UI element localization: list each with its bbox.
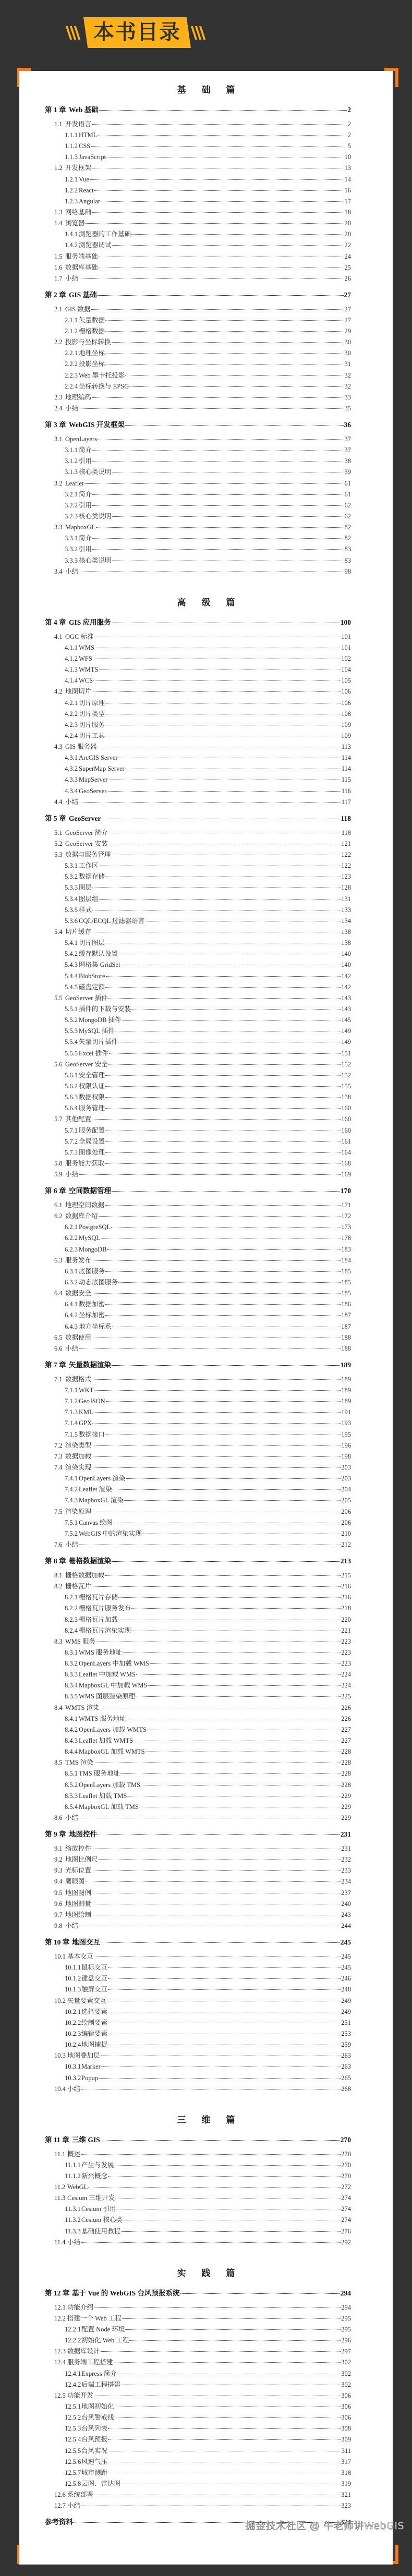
toc-subsection-link[interactable]: 3.1.3核心类说明39	[19, 467, 393, 478]
toc-section-link[interactable]: 10.1基本交互245	[19, 1951, 393, 1962]
toc-subsection-link[interactable]: 2.2.1地理坐标30	[19, 348, 393, 359]
page-number: 306	[341, 2401, 351, 2412]
toc-subsection-link[interactable]: 10.3.2Popup265	[19, 2073, 393, 2084]
chapter-number: 第 3 章	[45, 418, 69, 432]
toc-subsection-link[interactable]: 5.3.2数据存储123	[19, 871, 393, 882]
toc-subsection-link[interactable]: 3.2.2引用62	[19, 500, 393, 511]
chapter-number: 第 8 章	[45, 1554, 69, 1568]
toc-section-link[interactable]: 1.2开发框架13	[19, 163, 393, 174]
chapter-title: 基于 Vue 的 WebGIS 台风预报系统	[72, 2287, 180, 2300]
toc-section-link[interactable]: 5.6GeoServer 安全152	[19, 1059, 393, 1070]
toc-subsection-link[interactable]: 5.3.6CQL/ECQL 过滤器语言134	[19, 916, 393, 927]
toc-section-link[interactable]: 1.7小结26	[19, 273, 393, 284]
toc-subsection-link[interactable]: 4.3.3MapServer115	[19, 774, 393, 785]
toc-section-link[interactable]: 8.6小结229	[19, 1813, 393, 1824]
section-title: GeoServer 安装	[65, 839, 108, 849]
toc-section-link[interactable]: 7.2渲染类型196	[19, 1440, 393, 1451]
chapter-title: 空间数据管理	[69, 1184, 111, 1198]
subsection-title: 台风列表	[81, 2423, 107, 2434]
page-number: 108	[341, 709, 351, 720]
toc-subsection-link[interactable]: 5.5.4矢量切片插件149	[19, 1037, 393, 1048]
toc-subsection-link[interactable]: 8.3.5WMS 图层渲染原理225	[19, 1691, 393, 1702]
toc-subsection-link[interactable]: 4.1.1WMS101	[19, 642, 393, 653]
section-number: 8.5	[54, 1757, 65, 1768]
toc-subsection-link[interactable]: 7.1.1WKT189	[19, 1385, 393, 1396]
subsection-number: 12.5.7	[65, 2468, 81, 2478]
subsection-title: 键盘交互	[81, 1973, 107, 1984]
section-number: 9.7	[54, 1910, 65, 1921]
toc-section-link[interactable]: 12.3数据库设计297	[19, 2346, 393, 2357]
toc-section-link[interactable]: 5.7其他配置160	[19, 1114, 393, 1125]
toc-subsection-link[interactable]: 6.3.1底图服务185	[19, 1266, 393, 1277]
toc-subsection-link[interactable]: 8.3.3Leaflet 中加载 WMS224	[19, 1669, 393, 1680]
toc-chapter-link[interactable]: 第 1 章Web 基础2	[19, 103, 393, 117]
toc-section-link[interactable]: 8.1栅格数据加载215	[19, 1570, 393, 1581]
toc-subsection-link[interactable]: 12.2.2初始化 Web 工程296	[19, 2335, 393, 2346]
toc-subsection-link[interactable]: 10.1.1鼠标交互245	[19, 1962, 393, 1973]
toc-subsection-link[interactable]: 6.4.1数据加密186	[19, 1299, 393, 1310]
dot-leader	[92, 1379, 341, 1380]
page-number: 198	[341, 1451, 351, 1462]
toc-subsection-link[interactable]: 6.4.3地方坐标系187	[19, 1321, 393, 1332]
toc-subsection-link[interactable]: 5.4.4BlobStore142	[19, 971, 393, 982]
toc-subsection-link[interactable]: 8.4.2OpenLayers 加载 WMTS227	[19, 1724, 393, 1735]
toc-subsection-link[interactable]: 5.4.2缓存默认设置140	[19, 949, 393, 959]
toc-section-link[interactable]: 5.2GeoServer 安装121	[19, 839, 393, 849]
subsection-number: 8.3.1	[65, 1647, 79, 1658]
page-number: 17	[345, 196, 352, 207]
toc-subsection-link[interactable]: 5.6.2权限认证155	[19, 1081, 393, 1092]
page-number: 173	[341, 1222, 351, 1233]
toc-chapter-link[interactable]: 第 5 章GeoServer118	[19, 812, 393, 825]
toc-subsection-link[interactable]: 7.4.3MapboxGL 渲染205	[19, 1495, 393, 1506]
toc-section-link[interactable]: 6.2数据库介绍172	[19, 1211, 393, 1222]
dot-leader	[99, 2078, 341, 2079]
toc-subsection-link[interactable]: 12.5.6风速气压317	[19, 2457, 393, 2468]
toc-subsection-link[interactable]: 8.3.1WMS 服务地址223	[19, 1647, 393, 1658]
toc-section-link[interactable]: 10.2矢量要素交互249	[19, 1996, 393, 2007]
toc-section-link[interactable]: 7.5渲染原理206	[19, 1506, 393, 1517]
toc-subsection-link[interactable]: 7.4.1OpenLayers 渲染203	[19, 1473, 393, 1484]
toc-section-link[interactable]: 6.6小结188	[19, 1343, 393, 1354]
dot-leader	[105, 1435, 341, 1435]
page-number: 223	[341, 1636, 351, 1647]
toc-subsection-link[interactable]: 11.3.3基础使用教程276	[19, 2226, 393, 2237]
page-number: 101	[341, 631, 351, 642]
toc-section-link[interactable]: 7.6小结212	[19, 1539, 393, 1550]
toc-section-link[interactable]: 11.4小结292	[19, 2237, 393, 2248]
toc-chapter-link[interactable]: 第 2 章GIS 基础27	[19, 288, 393, 302]
toc-subsection-link[interactable]: 1.4.1浏览器的工作基础20	[19, 229, 393, 240]
toc-section-link[interactable]: 1.6数据库基础25	[19, 262, 393, 273]
toc-subsection-link[interactable]: 7.5.2WebGIS 中的渲染实现210	[19, 1528, 393, 1539]
toc-subsection-link[interactable]: 5.6.1安全管理152	[19, 1070, 393, 1081]
toc-subsection-link[interactable]: 7.5.1Canvas 绘图206	[19, 1517, 393, 1528]
toc-subsection-link[interactable]: 5.7.1服务配置160	[19, 1125, 393, 1136]
toc-subsection-link[interactable]: 10.1.2键盘交互246	[19, 1973, 393, 1984]
toc-section-link[interactable]: 12.4服务端工程搭建302	[19, 2357, 393, 2368]
toc-subsection-link[interactable]: 7.1.3KML191	[19, 1407, 393, 1418]
page-number: 185	[341, 1266, 351, 1277]
toc-section-link[interactable]: 6.3服务发布184	[19, 1255, 393, 1266]
part-title: 实 践 篇	[19, 2266, 393, 2281]
toc-section-link[interactable]: 6.5数据使用188	[19, 1332, 393, 1343]
toc-subsection-link[interactable]: 1.2.3Angular17	[19, 196, 393, 207]
page-number: 184	[341, 1255, 351, 1266]
toc-chapter-link[interactable]: 第 11 章三维 GIS270	[19, 2133, 393, 2147]
toc-subsection-link[interactable]: 5.7.2全局设置161	[19, 1136, 393, 1147]
toc-subsection-link[interactable]: 8.2.2栅格瓦片服务发布218	[19, 1603, 393, 1614]
subsection-number: 3.3.1	[65, 533, 79, 544]
page-number: 220	[341, 1614, 351, 1625]
page-number: 227	[341, 1724, 351, 1735]
toc-subsection-link[interactable]: 10.2.4地图捕捉259	[19, 2039, 393, 2050]
toc-section-link[interactable]: 5.5GeoServer 插件143	[19, 993, 393, 1004]
toc-section-link[interactable]: 8.2栅格瓦片216	[19, 1581, 393, 1592]
toc-subsection-link[interactable]: 4.1.4WCS105	[19, 675, 393, 686]
page-number: 62	[345, 511, 352, 522]
subsection-number: 8.2.4	[65, 1625, 79, 1636]
toc-subsection-link[interactable]: 5.6.3数据权限158	[19, 1092, 393, 1103]
subsection-title: MongoDB 插件	[79, 1015, 122, 1026]
toc-subsection-link[interactable]: 4.3.2SuperMap Server114	[19, 763, 393, 774]
dot-leader	[92, 450, 344, 451]
dot-leader	[105, 1575, 341, 1576]
toc-subsection-link[interactable]: 5.5.5Excel 插件151	[19, 1048, 393, 1059]
subsection-title: 栅格瓦片渲染实现	[79, 1625, 131, 1636]
page-number: 243	[341, 1910, 351, 1921]
page-number: 189	[341, 1396, 351, 1407]
subsection-title: 矢量切片插件	[79, 1037, 118, 1048]
toc-subsection-link[interactable]: 12.5.8云图、雷达图319	[19, 2478, 393, 2489]
toc-section-link[interactable]: 9.4鹰眼图234	[19, 1876, 393, 1887]
toc-chapter-link[interactable]: 第 10 章地图交互245	[19, 1936, 393, 1949]
toc-section-link[interactable]: 9.2地图比例尺232	[19, 1854, 393, 1865]
toc-subsection-link[interactable]: 11.3.2Cesium 核心类274	[19, 2215, 393, 2226]
toc-section-link[interactable]: 2.2投影与坐标转换30	[19, 337, 393, 348]
toc-subsection-link[interactable]: 8.5.2OpenLayers 加载 TMS228	[19, 1780, 393, 1791]
dot-leader	[145, 921, 341, 921]
toc-subsection-link[interactable]: 2.2.2投影坐标31	[19, 359, 393, 370]
toc-subsection-link[interactable]: 8.2.1栅格瓦片存储216	[19, 1592, 393, 1603]
page-number: 276	[341, 2226, 351, 2237]
page-number: 18	[345, 207, 352, 218]
toc-section-link[interactable]: 5.1GeoServer 简介118	[19, 828, 393, 839]
toc-subsection-link[interactable]: 8.3.2OpenLayers 中加载 WMS223	[19, 1658, 393, 1669]
toc-subsection-link[interactable]: 1.4.2浏览器调试22	[19, 240, 393, 251]
toc-subsection-link[interactable]: 12.5.1地图初始化306	[19, 2401, 393, 2412]
page-number: 248	[341, 1984, 351, 1995]
toc-section-link[interactable]: 12.2搭建一个 Web 工程295	[19, 2313, 393, 2324]
toc-subsection-link[interactable]: 5.7.3图像处理164	[19, 1147, 393, 1158]
dot-leader	[139, 1807, 341, 1807]
toc-subsection-link[interactable]: 5.3.5样式133	[19, 905, 393, 916]
toc-subsection-link[interactable]: 8.5.1TMS 服务地址228	[19, 1768, 393, 1779]
page-number: 109	[341, 720, 351, 731]
toc-section-link[interactable]: 8.5TMS 渲染228	[19, 1757, 393, 1768]
toc-subsection-link[interactable]: 6.3.2动态底图服务185	[19, 1277, 393, 1288]
toc-section-link[interactable]: 11.3Cesium 三维开发274	[19, 2193, 393, 2204]
toc-section-link[interactable]: 9.8小结244	[19, 1921, 393, 1931]
section-title: 数据安全	[65, 1288, 91, 1299]
section-title: 服务发布	[65, 1255, 91, 1266]
toc-subsection-link[interactable]: 7.4.2Leaflet 渲染204	[19, 1484, 393, 1495]
toc-section-link[interactable]: 4.3GIS 服务器113	[19, 742, 393, 752]
toc-subsection-link[interactable]: 4.1.3WMTS104	[19, 664, 393, 675]
toc-subsection-link[interactable]: 10.2.3编辑要素253	[19, 2028, 393, 2039]
toc-subsection-link[interactable]: 4.2.1切片原理106	[19, 698, 393, 709]
page-number: 131	[341, 894, 351, 905]
toc-subsection-link[interactable]: 6.2.2MySQL178	[19, 1233, 393, 1244]
toc-subsection-link[interactable]: 5.3.3图层128	[19, 882, 393, 893]
toc-section-link[interactable]: 8.3WMS 服务223	[19, 1636, 393, 1647]
toc-subsection-link[interactable]: 2.2.3Web 墨卡托投影32	[19, 370, 393, 381]
toc-subsection-link[interactable]: 6.2.1PostgreSQL173	[19, 1222, 393, 1233]
page-number: 311	[342, 2446, 351, 2457]
subsection-title: GeoServer	[79, 786, 106, 797]
toc-section-link[interactable]: 9.5地图图例237	[19, 1888, 393, 1899]
toc-subsection-link[interactable]: 5.4.1切片图层138	[19, 938, 393, 949]
toc-subsection-link[interactable]: 2.1.2栅格数据29	[19, 326, 393, 337]
subsection-title: JavaScript	[79, 152, 106, 163]
toc-subsection-link[interactable]: 5.5.3MySQL 插件149	[19, 1026, 393, 1037]
toc-subsection-link[interactable]: 4.2.3切片服务109	[19, 720, 393, 731]
toc-subsection-link[interactable]: 1.1.3JavaScript10	[19, 152, 393, 163]
toc-subsection-link[interactable]: 4.1.2WFS102	[19, 653, 393, 664]
page-number: 143	[341, 1004, 351, 1015]
subsection-number: 10.2.2	[65, 2018, 81, 2028]
toc-section-link[interactable]: 6.4数据安全185	[19, 1288, 393, 1299]
dot-leader	[118, 954, 341, 954]
toc-subsection-link[interactable]: 5.4.5磁盘定额142	[19, 982, 393, 993]
dot-leader	[92, 888, 341, 888]
toc-subsection-link[interactable]: 3.3.2引用83	[19, 544, 393, 555]
section-number: 6.5	[54, 1332, 65, 1343]
toc-subsection-link[interactable]: 3.3.3核心类说明83	[19, 555, 393, 566]
toc-subsection-link[interactable]: 1.1.1HTML2	[19, 130, 393, 141]
toc-section-link[interactable]: 12.1功能介绍294	[19, 2302, 393, 2313]
toc-subsection-link[interactable]: 3.1.2引用38	[19, 456, 393, 467]
toc-subsection-link[interactable]: 3.2.3核心类说明62	[19, 511, 393, 522]
chapter-number: 第 10 章	[45, 1936, 72, 1949]
toc-subsection-link[interactable]: 4.2.2切片类型108	[19, 709, 393, 720]
section-title: 服务能力获取	[65, 1158, 104, 1169]
toc-section-link[interactable]: 3.2Leaflet61	[19, 478, 393, 489]
section-number: 5.3	[54, 849, 65, 860]
dot-leader	[92, 1260, 341, 1261]
dot-leader	[105, 1131, 341, 1131]
toc-subsection-link[interactable]: 11.3.1Cesium 引用274	[19, 2204, 393, 2215]
toc-section-link[interactable]: 11.1概述270	[19, 2149, 393, 2160]
toc-section-link[interactable]: 9.1缩放控件231	[19, 1843, 393, 1854]
subsection-title: Angular	[79, 196, 100, 207]
page-number: 210	[341, 1528, 351, 1539]
dot-leader	[101, 2056, 341, 2056]
toc-subsection-link[interactable]: 12.5.7城市测距318	[19, 2468, 393, 2478]
toc-subsection-link[interactable]: 5.3.4图层组131	[19, 894, 393, 905]
toc-section-link[interactable]: 2.3地理编码33	[19, 392, 393, 403]
toc-subsection-link[interactable]: 8.3.4MapboxGL 中加载 WMS224	[19, 1680, 393, 1691]
page-number: 172	[341, 1211, 351, 1222]
section-number: 5.6	[54, 1059, 65, 1070]
toc-chapter-link[interactable]: 第 4 章GIS 应用服务100	[19, 616, 393, 629]
toc-section-link[interactable]: 3.1OpenLayers37	[19, 434, 393, 445]
toc-subsection-link[interactable]: 5.6.4服务管理160	[19, 1103, 393, 1114]
toc-subsection-link[interactable]: 8.4.3Leaflet 加载 WMTS227	[19, 1735, 393, 1746]
toc-subsection-link[interactable]: 7.1.2GeoJSON189	[19, 1396, 393, 1407]
chapter-title: 三维 GIS	[72, 2133, 100, 2147]
subsection-number: 7.1.5	[65, 1429, 79, 1440]
toc-section-link[interactable]: 5.4切片缓存138	[19, 927, 393, 938]
section-title: 小结	[67, 2237, 80, 2248]
toc-subsection-link[interactable]: 8.5.4MapboxGL 加载 TMS229	[19, 1802, 393, 1813]
toc-section-link[interactable]: 5.8服务能力获取168	[19, 1158, 393, 1169]
toc-section-link[interactable]: 12.7小结323	[19, 2500, 393, 2511]
toc-chapter-link[interactable]: 第 9 章地图控件231	[19, 1828, 393, 1841]
subsection-title: 新兴概念	[81, 2171, 107, 2182]
subsection-title: 地图初始化	[81, 2401, 114, 2412]
subsection-number: 5.4.5	[65, 982, 79, 993]
subsection-number: 4.2.4	[65, 731, 79, 742]
page-number: 168	[341, 1158, 351, 1169]
toc-subsection-link[interactable]: 6.2.3MongoDB183	[19, 1244, 393, 1255]
toc-subsection-link[interactable]: 1.2.2React16	[19, 185, 393, 196]
subsection-number: 7.4.1	[65, 1473, 79, 1484]
page-number: 308	[341, 2423, 351, 2434]
toc-subsection-link[interactable]: 12.5.3台风列表308	[19, 2423, 393, 2434]
stripes-decoration-left	[67, 26, 80, 40]
page-number: 270	[341, 2133, 351, 2147]
toc-subsection-link[interactable]: 5.5.2MongoDB 插件145	[19, 1015, 393, 1026]
toc-subsection-link[interactable]: 2.2.4坐标转换与 EPSG32	[19, 381, 393, 392]
toc-section-link[interactable]: 10.4小结268	[19, 2084, 393, 2095]
dot-leader	[94, 2307, 341, 2308]
toc-chapter-link[interactable]: 第 7 章矢量数据渲染189	[19, 1358, 393, 1372]
toc-subsection-link[interactable]: 11.1.2新兴概念270	[19, 2171, 393, 2182]
toc-section-link[interactable]: 4.4小结117	[19, 797, 393, 808]
toc-subsection-link[interactable]: 12.5.2台风警戒线306	[19, 2412, 393, 2423]
toc-subsection-link[interactable]: 12.2.1配置 Node 环境295	[19, 2324, 393, 2335]
toc-subsection-link[interactable]: 12.4.2后端工程搭建302	[19, 2379, 393, 2390]
dot-leader	[112, 1561, 340, 1562]
toc-subsection-link[interactable]: 5.3.1工作区122	[19, 860, 393, 871]
toc-section-link[interactable]: 4.2地图切片106	[19, 686, 393, 697]
toc-subsection-link[interactable]: 5.4.3网格集 GridSet140	[19, 959, 393, 970]
toc-chapter-link[interactable]: 第 8 章栅格数据渲染213	[19, 1554, 393, 1568]
toc-section-link[interactable]: 1.5服务端基础24	[19, 251, 393, 262]
toc-subsection-link[interactable]: 6.4.2坐标加密187	[19, 1310, 393, 1321]
toc-section-link[interactable]: 8.4WMTS 渲染226	[19, 1703, 393, 1714]
page-number: 229	[341, 1802, 351, 1813]
toc-subsection-link[interactable]: 7.1.4GPX193	[19, 1418, 393, 1429]
toc-subsection-link[interactable]: 4.3.4GeoServer116	[19, 786, 393, 797]
toc-section-link[interactable]: 5.9小结169	[19, 1169, 393, 1180]
toc-subsection-link[interactable]: 3.1.1简介37	[19, 445, 393, 456]
dot-leader	[99, 1860, 341, 1860]
toc-subsection-link[interactable]: 7.1.5数据接口195	[19, 1429, 393, 1440]
toc-section-link[interactable]: 9.6地图测量240	[19, 1899, 393, 1910]
toc-section-link[interactable]: 7.3数据加载198	[19, 1451, 393, 1462]
toc-subsection-link[interactable]: 12.5.5台风实况311	[19, 2446, 393, 2457]
toc-section-link[interactable]: 11.2WebGL272	[19, 2182, 393, 2193]
toc-subsection-link[interactable]: 1.1.2CSS5	[19, 141, 393, 152]
toc-section-link[interactable]: 12.5功能开发306	[19, 2390, 393, 2401]
section-number: 1.2	[54, 163, 65, 174]
section-number: 3.3	[54, 522, 65, 533]
toc-section-link[interactable]: 1.1开发语言2	[19, 119, 393, 130]
page-number: 151	[341, 1048, 351, 1059]
toc-section-link[interactable]: 5.3数据与服务管理122	[19, 849, 393, 860]
subsection-title: Cesium 核心类	[81, 2215, 123, 2226]
toc-subsection-link[interactable]: 10.2.1选择要素249	[19, 2007, 393, 2018]
toc-subsection-link[interactable]: 10.1.3触屏交互248	[19, 1984, 393, 1995]
toc-section-link[interactable]: 10.3地图叠加层263	[19, 2050, 393, 2061]
toc-subsection-link[interactable]: 8.2.4栅格瓦片渲染实现221	[19, 1625, 393, 1636]
toc-subsection-link[interactable]: 3.3.1简介82	[19, 533, 393, 544]
toc-section-link[interactable]: 1.4浏览器20	[19, 218, 393, 229]
dot-leader	[136, 1674, 341, 1675]
toc-section-link[interactable]: 3.3MapboxGL82	[19, 522, 393, 533]
toc-subsection-link[interactable]: 8.5.3Leaflet 加载 TMS229	[19, 1791, 393, 1802]
toc-section-link[interactable]: 12.6系统部署321	[19, 2489, 393, 2500]
dot-leader	[81, 2242, 341, 2243]
page-number: 116	[342, 786, 351, 797]
toc-section-link[interactable]: 2.4小结35	[19, 403, 393, 414]
toc-subsection-link[interactable]: 4.2.4切片工具109	[19, 731, 393, 742]
toc-chapter-link[interactable]: 第 3 章WebGIS 开发框架36	[19, 418, 393, 432]
subsection-number: 7.4.3	[65, 1495, 79, 1506]
dot-leader	[88, 2187, 341, 2188]
toc-subsection-link[interactable]: 8.2.3栅格瓦片加载220	[19, 1614, 393, 1625]
toc-subsection-link[interactable]: 3.2.1简介61	[19, 489, 393, 500]
subsection-title: 风速气压	[81, 2457, 107, 2468]
toc-subsection-link[interactable]: 12.4.1Express 简介302	[19, 2368, 393, 2379]
toc-subsection-link[interactable]: 8.4.4MapboxGL 加载 WMTS228	[19, 1746, 393, 1757]
toc-subsection-link[interactable]: 1.2.1Vue14	[19, 174, 393, 185]
toc-section-link[interactable]: 7.4渲染实现203	[19, 1462, 393, 1473]
toc-subsection-link[interactable]: 10.2.2绘制要素251	[19, 2018, 393, 2028]
subsection-title: 台风警戒线	[81, 2412, 114, 2423]
toc-section-link[interactable]: 3.4小结98	[19, 566, 393, 577]
toc-chapter-link[interactable]: 第 12 章基于 Vue 的 WebGIS 台风预报系统294	[19, 2287, 393, 2300]
toc-section-link[interactable]: 7.1数据格式189	[19, 1374, 393, 1385]
toc-subsection-link[interactable]: 5.5.1插件的下载与安装143	[19, 1004, 393, 1015]
toc-section-link[interactable]: 9.3光标位置233	[19, 1865, 393, 1876]
toc-subsection-link[interactable]: 2.1.1矢量数据27	[19, 315, 393, 326]
toc-section-link[interactable]: 4.1OGC 标准101	[19, 631, 393, 642]
toc-chapter-link[interactable]: 第 6 章空间数据管理170	[19, 1184, 393, 1198]
subsection-title: SuperMap Server	[79, 763, 125, 774]
dot-leader	[101, 819, 340, 819]
toc-subsection-link[interactable]: 11.1.1产生与发展270	[19, 2160, 393, 2171]
dot-leader	[101, 1942, 340, 1943]
page-number: 61	[345, 478, 352, 489]
toc-section-link[interactable]: 6.1地理空间数据171	[19, 1200, 393, 1211]
section-title: 小结	[67, 2500, 80, 2511]
section-number: 1.1	[54, 119, 65, 130]
dot-leader	[108, 2451, 341, 2451]
toc-section-link[interactable]: 9.7地图绘制243	[19, 1910, 393, 1921]
toc-section-link[interactable]: 2.1GIS 数据27	[19, 304, 393, 315]
toc-subsection-link[interactable]: 12.5.4台风预报309	[19, 2434, 393, 2445]
subsection-number: 12.5.3	[65, 2423, 81, 2434]
toc-section-link[interactable]: 1.3网络基础18	[19, 207, 393, 218]
toc-subsection-link[interactable]: 4.3.1ArcGIS Server114	[19, 752, 393, 763]
page-number: 82	[345, 533, 352, 544]
dot-leader	[99, 110, 347, 111]
toc-subsection-link[interactable]: 10.3.1Marker263	[19, 2061, 393, 2072]
toc-subsection-link[interactable]: 8.4.1WMTS 服务地址226	[19, 1714, 393, 1724]
